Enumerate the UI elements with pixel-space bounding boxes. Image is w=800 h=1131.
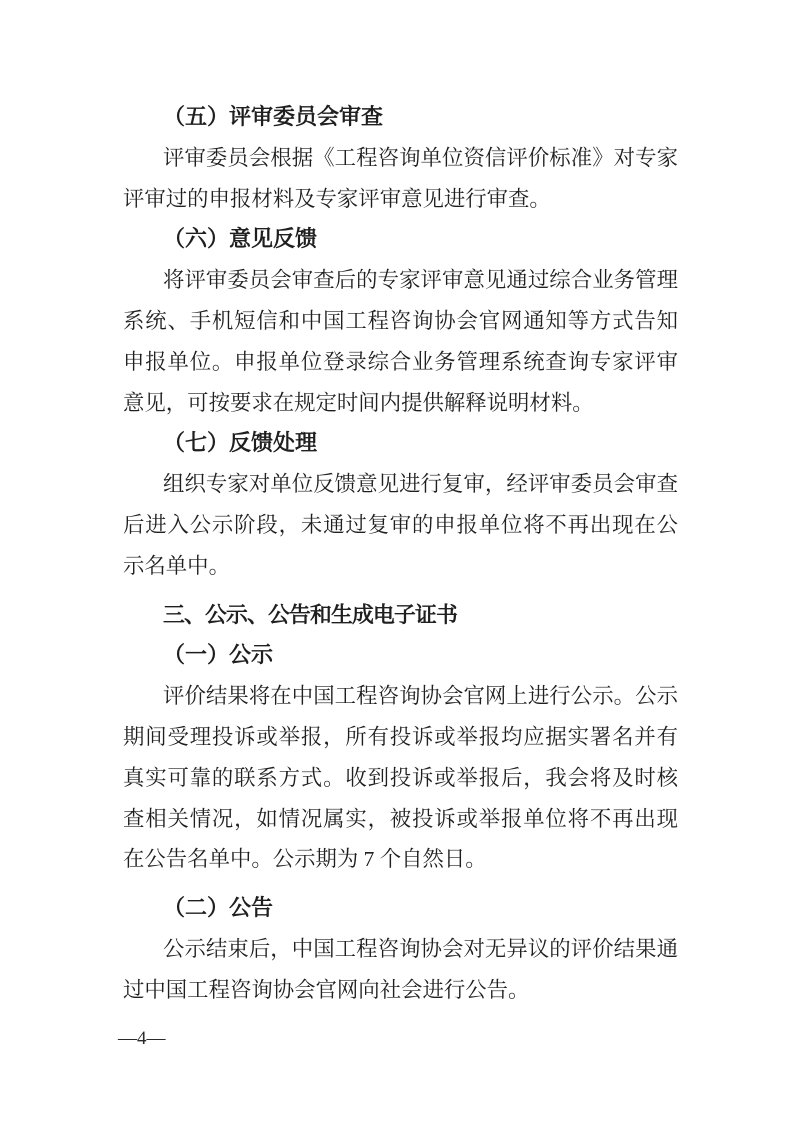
subheading-6-opinion-feedback: （六）意见反馈	[123, 219, 678, 260]
page-number: —4—	[118, 1028, 166, 1050]
paragraph-publicity: 评价结果将在中国工程咨询协会官网上进行公示。公示期间受理投诉或举报，所有投诉或举…	[123, 676, 678, 880]
subheading-7-feedback-handling: （七）反馈处理	[123, 423, 678, 464]
document-page: （五）评审委员会审查 评审委员会根据《工程咨询单位资信评价标准》对专家评审过的申…	[0, 0, 800, 1131]
subheading-5-review-committee-examination: （五）评审委员会审查	[123, 97, 678, 138]
section-heading-3-publicity-announcement-certificate: 三、公示、公告和生成电子证书	[123, 595, 678, 636]
paragraph-announcement: 公示结束后，中国工程咨询协会对无异议的评价结果通过中国工程咨询协会官网向社会进行…	[123, 929, 678, 1011]
paragraph-review-committee-examination: 评审委员会根据《工程咨询单位资信评价标准》对专家评审过的申报材料及专家评审意见进…	[123, 138, 678, 220]
paragraph-feedback-handling: 组织专家对单位反馈意见进行复审，经评审委员会审查后进入公示阶段，未通过复审的申报…	[123, 464, 678, 586]
subheading-2-announcement: （二）公告	[123, 888, 678, 929]
subheading-1-publicity: （一）公示	[123, 635, 678, 676]
paragraph-opinion-feedback: 将评审委员会审查后的专家评审意见通过综合业务管理系统、手机短信和中国工程咨询协会…	[123, 260, 678, 423]
document-body: （五）评审委员会审查 评审委员会根据《工程咨询单位资信评价标准》对专家评审过的申…	[123, 97, 678, 1011]
